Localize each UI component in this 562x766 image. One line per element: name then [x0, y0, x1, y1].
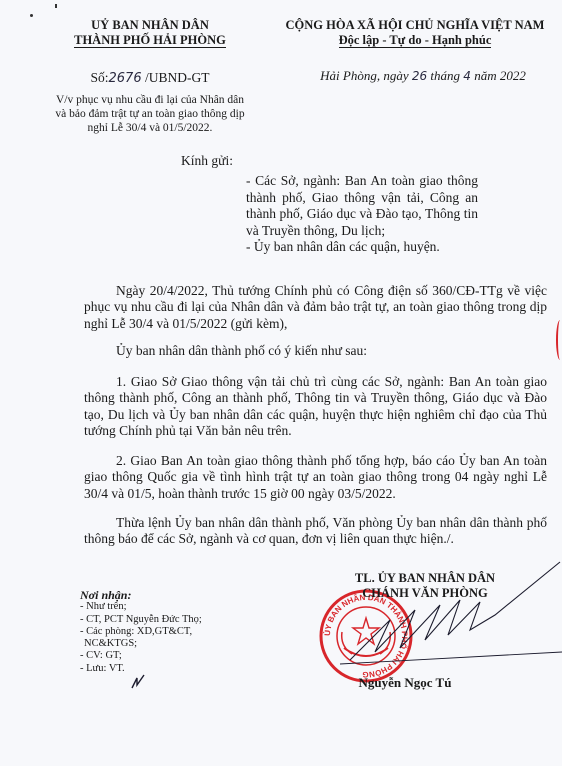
issuer-line2: THÀNH PHỐ HẢI PHÒNG	[74, 33, 226, 48]
distribution-item: - CV: GT;	[80, 650, 260, 662]
recipients-list: - Các Sở, ngành: Ban An toàn giao thông …	[246, 173, 478, 256]
distribution-item: - Các phòng: XD,GT&CT,	[80, 626, 260, 638]
stamp-edge-mark	[556, 320, 562, 360]
issuer-block: UỶ BAN NHÂN DÂN THÀNH PHỐ HẢI PHÒNG	[60, 18, 240, 48]
body-paragraph: Ngày 20/4/2022, Thủ tướng Chính phủ có C…	[84, 283, 547, 332]
doc-date: Hải Phòng, ngày 26 tháng 4 năm 2022	[278, 68, 562, 84]
handwritten-signature-icon	[330, 560, 562, 670]
distribution-item: - Lưu: VT.	[80, 663, 260, 675]
date-year: năm 2022	[474, 68, 526, 83]
distribution-item: NC&KTGS;	[80, 638, 260, 650]
date-place: Hải Phòng, ngày	[320, 68, 408, 83]
nation-block: CỘNG HÒA XÃ HỘI CHỦ NGHĨA VIỆT NAM Độc l…	[270, 18, 560, 48]
distribution-list: Nơi nhận: - Như trên; - CT, PCT Nguyễn Đ…	[80, 589, 260, 675]
signer-name: Nguyễn Ngọc Tú	[325, 675, 485, 691]
doc-number-value: 2676	[109, 71, 142, 86]
issuer-line1: UỶ BAN NHÂN DÂN	[60, 18, 240, 33]
nation-motto: Độc lập - Tự do - Hạnh phúc	[339, 33, 492, 48]
doc-number-prefix: Số:	[91, 70, 109, 85]
date-month: 4	[463, 69, 471, 83]
doc-subject: V/v phục vụ nhu cầu đi lại của Nhân dân …	[55, 93, 245, 135]
body-paragraph: 1. Giao Sở Giao thông vận tải chủ trì cù…	[84, 374, 547, 439]
salutation: Kính gửi:	[181, 153, 233, 169]
date-day: 26	[412, 69, 427, 83]
initial-mark-icon	[128, 672, 148, 692]
doc-number: Số:2676 /UBND-GT	[60, 70, 240, 86]
scan-dot	[30, 14, 33, 17]
body-paragraph: Ủy ban nhân dân thành phố có ý kiến như …	[84, 343, 547, 359]
scan-dot	[55, 4, 57, 8]
nation-title: CỘNG HÒA XÃ HỘI CHỦ NGHĨA VIỆT NAM	[270, 18, 560, 33]
body-paragraph: 2. Giao Ban An toàn giao thông thành phố…	[84, 453, 547, 502]
body-paragraph: Thừa lệnh Ủy ban nhân dân thành phố, Văn…	[84, 515, 547, 548]
date-month-label: tháng	[430, 68, 460, 83]
recipient-item: - Ủy ban nhân dân các quận, huyện.	[246, 239, 478, 256]
recipient-item: - Các Sở, ngành: Ban An toàn giao thông …	[246, 173, 478, 239]
doc-number-suffix: /UBND-GT	[145, 70, 210, 85]
distribution-item: - CT, PCT Nguyễn Đức Thọ;	[80, 614, 260, 626]
distribution-title: Nơi nhận:	[80, 589, 260, 601]
distribution-item: - Như trên;	[80, 601, 260, 613]
